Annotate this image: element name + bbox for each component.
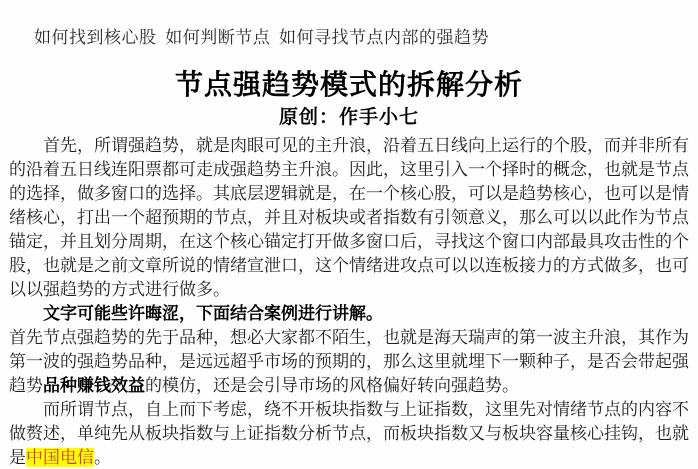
emphasized-term: 品种赚钱效益 [43, 376, 145, 395]
document-content: 如何找到核心股 如何判断节点 如何寻找节点内部的强趋势 节点强趋势模式的拆解分析… [0, 0, 698, 469]
paragraph-case-text-after: 的模仿，还是会引导市场的风格偏好转向强趋势。 [145, 376, 519, 395]
paragraph-node-analysis: 而所谓节点，自上而下考虑，绕不开板块指数与上证指数，这里先对情绪节点的内容不做赘… [9, 398, 689, 469]
header-tagline: 如何找到核心股 如何判断节点 如何寻找节点内部的强趋势 [9, 28, 689, 48]
highlighted-stock-name: 中国电信 [26, 448, 94, 467]
paragraph-node-text: 而所谓节点，自上而下考虑，绕不开板块指数与上证指数，这里先对情绪节点的内容不做赘… [9, 400, 689, 467]
paragraph-transition-bold: 文字可能些许晦涩，下面结合案例进行讲解。 [9, 302, 689, 326]
document-page: 如何找到核心股 如何判断节点 如何寻找节点内部的强趋势 节点强趋势模式的拆解分析… [0, 0, 698, 469]
paragraph-case-example: 首先节点强趋势的先于品种，想必大家都不陌生，也就是海天瑞声的第一波主升浪，其作为… [9, 326, 689, 398]
byline: 原创：作手小七 [9, 106, 689, 130]
paragraph-intro: 首先，所谓强趋势，就是肉眼可见的主升浪，沿着五日线向上运行的个股，而并非所有的沿… [9, 134, 689, 302]
paragraph-node-text-after: 。 [94, 448, 111, 467]
article-body: 首先，所谓强趋势，就是肉眼可见的主升浪，沿着五日线向上运行的个股，而并非所有的沿… [9, 134, 689, 469]
page-title: 节点强趋势模式的拆解分析 [9, 66, 689, 104]
